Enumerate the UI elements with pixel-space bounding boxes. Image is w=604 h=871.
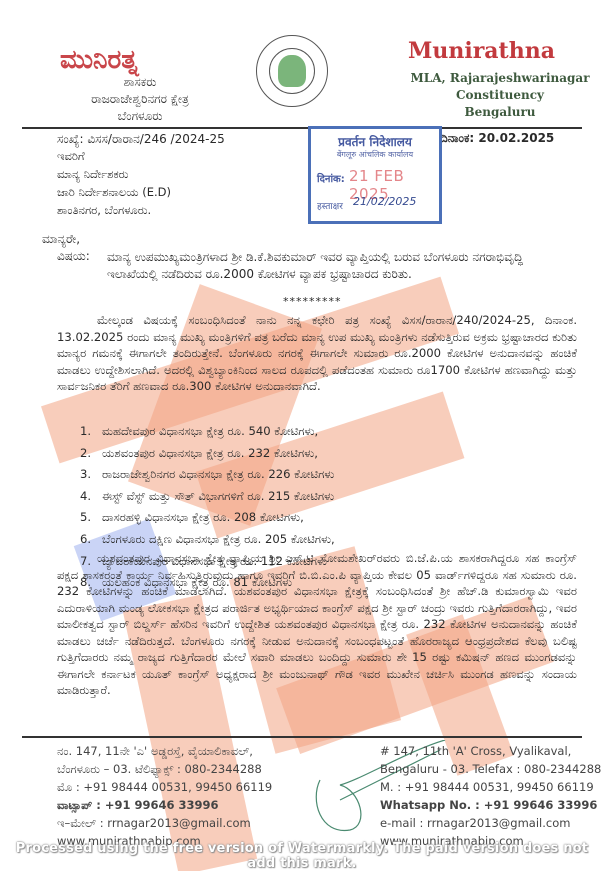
letter-date: ದಿನಾಂಕ: 20.02.2025 [440,131,554,146]
subject-label: ವಿಷಯ: [57,249,90,264]
stamp-date-label: दिनांक: [317,171,345,185]
list-item: 1.ಮಹದೇವಪುರ ವಿಧಾನಸಭಾ ಕ್ಷೇತ್ರ ರೂ. 540 ಕೋಟಿ… [80,421,335,443]
subject-text: ಮಾನ್ಯ ಉಪಮುಖ್ಯಮಂತ್ರಿಗಳಾದ ಶ್ರೀ ಡಿ.ಕೆ.ಶಿವಕು… [107,249,527,283]
body-paragraph-1: ಮೇಲ್ಕಂಡ ವಿಷಯಕ್ಕೆ ಸಂಬಂಧಿಸಿದಂತೆ ನಾನು ನನ್ನ … [57,312,577,395]
stamp-subtitle: बेंगलूरु आंचलिक कार्यालय [311,149,439,160]
letterhead-title-kannada: ಶಾಸಕರು [40,74,240,91]
body-paragraph-2: ಯಶವಂತಪುರ ವಿಧಾನಸಭಾ ಕ್ಷೇತ್ರ ವ್ಯಾಪ್ತಿಯ ಶ್ರೀ… [57,550,577,699]
stamp-signature-value: 21/02/2025 [353,195,416,208]
header-divider [22,127,582,129]
letterhead-city-english: Bengaluru [400,104,600,121]
list-item: 2.ಯಶವಂತಪುರ ವಿಧಾನಸಭಾ ಕ್ಷೇತ್ರ ರೂ. 232 ಕೋಟಿ… [80,443,335,465]
list-item: 4.ಈಸ್ಟ್ ವೆಸ್ಟ್ ಮತ್ತು ಸೌತ್ ವಿಭಾಗಗಳಿಗೆ ರೂ.… [80,486,335,508]
government-emblem-icon [256,35,328,107]
footer-address-kannada: ನಂ. 147, 11ನೇ 'ಎ' ಅಡ್ಡರಸ್ತೆ, ವೈಯಾಲಿಕಾವಲ್… [57,742,272,850]
letterhead-constituency-english: Constituency [400,87,600,104]
letterhead-name-english: Munirathna [408,38,555,64]
stamp-title: प्रवर्तन निदेशालय [311,133,439,150]
receipt-stamp: प्रवर्तन निदेशालय बेंगलूरु आंचलिक कार्या… [308,126,442,224]
watermark-notice: Processed using the free version of Wate… [0,841,604,871]
stamp-signature-label: हस्ताक्षर [317,199,343,212]
list-item: 3.ರಾಜರಾಜೇಶ್ವರಿನಗರ ವಿಧಾನಸಭಾ ಕ್ಷೇತ್ರ ರೂ. 2… [80,464,335,486]
recipient-line: ಮಾನ್ಯ ನಿರ್ದೇಶಕರು [57,165,128,183]
letterhead-constituency-kannada: ರಾಜರಾಜೇಶ್ವರಿನಗರ ಕ್ಷೇತ್ರ [40,91,240,108]
recipient-line: ಜಾರಿ ನಿರ್ದೇಶನಾಲಯ (E.D) [57,183,171,201]
recipient-line: ಇವರಿಗೆ [57,147,85,165]
footer-divider [22,736,582,738]
salutation: ಮಾನ್ಯರೇ, [42,232,80,247]
list-item: 5.ದಾಸರಹಳ್ಳಿ ವಿಧಾನಸಭಾ ಕ್ಷೇತ್ರ ರೂ. 208 ಕೋಟ… [80,507,335,529]
letterhead-title-english: MLA, Rajarajeshwarinagar [400,70,600,87]
recipient-line: ಶಾಂತಿನಗರ, ಬೆಂಗಳೂರು. [57,201,151,219]
footer-address-english: # 147, 11th 'A' Cross, Vyalikaval, Benga… [380,742,601,850]
separator: ********* [283,295,342,308]
letterhead-name-kannada: ಮುನಿರತ್ನ [60,45,139,76]
reference-number: ಸಂಖ್ಯೆ: ವಿಸಸ/ರಾರಾನ/246 /2024-25 [57,132,225,147]
list-item: 6.ಬೆಂಗಳೂರು ದಕ್ಷಿಣ ವಿಧಾನಸಭಾ ಕ್ಷೇತ್ರ ರೂ. 2… [80,529,335,551]
letterhead-city-kannada: ಬೆಂಗಳೂರು [40,108,240,125]
